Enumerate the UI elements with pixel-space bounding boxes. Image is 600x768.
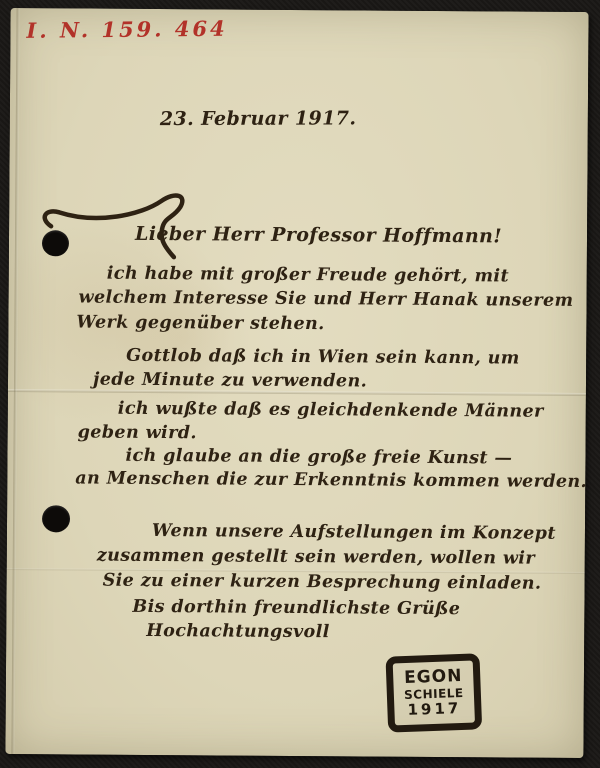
egon-schiele-signature-stamp: EGON SCHIELE 1917 [385, 653, 482, 732]
closing-greeting: Bis dorthin freundlichste Grüße [132, 597, 460, 619]
scanned-letter-page: I. N. 159. 464 23. Februar 1917. Lieber … [0, 0, 600, 768]
inventory-number: I. N. 159. 464 [26, 16, 227, 43]
body-line: geben wird. [78, 422, 197, 443]
punch-hole-bottom [42, 505, 70, 532]
body-line: Werk gegenüber stehen. [76, 312, 324, 334]
body-line: welchem Interesse Sie und Herr Hanak uns… [79, 287, 574, 310]
punch-hole-top [42, 230, 69, 256]
body-line: ich habe mit großer Freude gehört, mit [107, 264, 509, 287]
body-line: zusammen gestellt sein werden, wollen wi… [97, 546, 535, 569]
stamp-name-first: EGON [404, 668, 463, 687]
letter-date: 23. Februar 1917. [160, 107, 357, 130]
stamp-year: 1917 [407, 701, 461, 718]
body-line: ich glaube an die große freie Kunst — [125, 446, 512, 469]
body-line: Wenn unsere Aufstellungen im Konzept [152, 521, 556, 544]
body-line: Sie zu einer kurzen Besprechung einladen… [103, 571, 542, 594]
vertical-edge-crease [11, 8, 19, 754]
body-line: Gottlob daß ich in Wien sein kann, um [126, 346, 520, 369]
body-line: ich wußte daß es gleichdenkende Männer [118, 399, 544, 422]
body-line: an Menschen die zur Erkenntnis kommen we… [75, 468, 587, 492]
valediction: Hochachtungsvoll [146, 621, 330, 642]
body-line: jede Minute zu verwenden. [93, 370, 367, 392]
salutation: Lieber Herr Professor Hoffmann! [135, 223, 502, 248]
letter-paper: I. N. 159. 464 23. Februar 1917. Lieber … [5, 8, 588, 758]
